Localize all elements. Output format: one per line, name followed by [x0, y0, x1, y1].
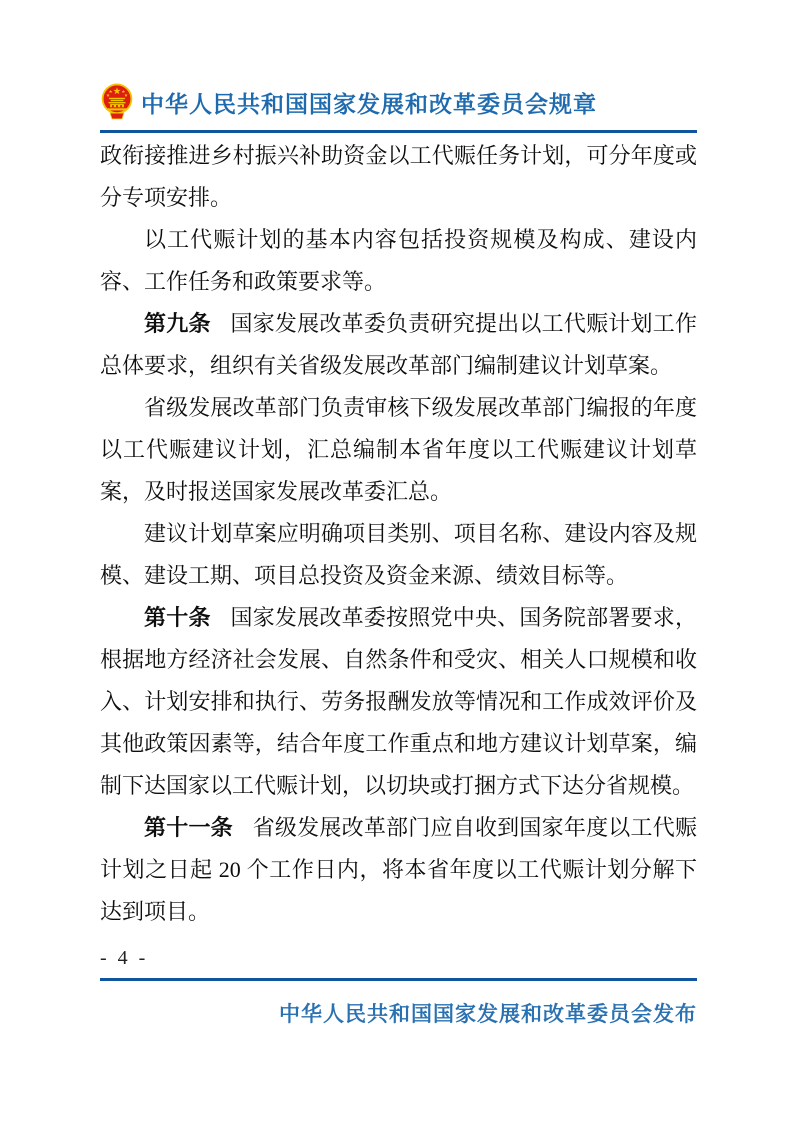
header-title: 中华人民共和国国家发展和改革委员会规章 — [141, 86, 597, 119]
article-number: 第九条 — [144, 311, 211, 336]
document-body: 政衔接推进乡村振兴补助资金以工代赈任务计划，可分年度或分专项安排。以工代赈计划的… — [100, 135, 697, 933]
body-paragraph: 政衔接推进乡村振兴补助资金以工代赈任务计划，可分年度或分专项安排。 — [100, 135, 697, 219]
body-paragraph: 以工代赈计划的基本内容包括投资规模及构成、建设内容、工作任务和政策要求等。 — [100, 219, 697, 303]
article-number: 第十条 — [144, 605, 211, 630]
china-national-emblem-icon — [100, 83, 134, 121]
body-paragraph: 第十条国家发展改革委按照党中央、国务院部署要求，根据地方经济社会发展、自然条件和… — [100, 597, 697, 807]
header-rule — [100, 130, 697, 133]
body-paragraph: 第十一条省级发展改革部门应自收到国家年度以工代赈计划之日起 20 个工作日内，将… — [100, 807, 697, 933]
page-number: - 4 - — [100, 947, 697, 970]
document-page: 中华人民共和国国家发展和改革委员会规章 政衔接推进乡村振兴补助资金以工代赈任务计… — [0, 0, 793, 1122]
document-header: 中华人民共和国国家发展和改革委员会规章 — [100, 0, 697, 121]
article-number: 第十一条 — [144, 815, 233, 840]
body-paragraph: 省级发展改革部门负责审核下级发展改革部门编报的年度以工代赈建议计划，汇总编制本省… — [100, 387, 697, 513]
body-paragraph: 第九条国家发展改革委负责研究提出以工代赈计划工作总体要求，组织有关省级发展改革部… — [100, 303, 697, 387]
body-paragraph: 建议计划草案应明确项目类别、项目名称、建设内容及规模、建设工期、项目总投资及资金… — [100, 513, 697, 597]
footer-publisher: 中华人民共和国国家发展和改革委员会发布 — [100, 998, 697, 1028]
footer-rule — [100, 978, 697, 981]
